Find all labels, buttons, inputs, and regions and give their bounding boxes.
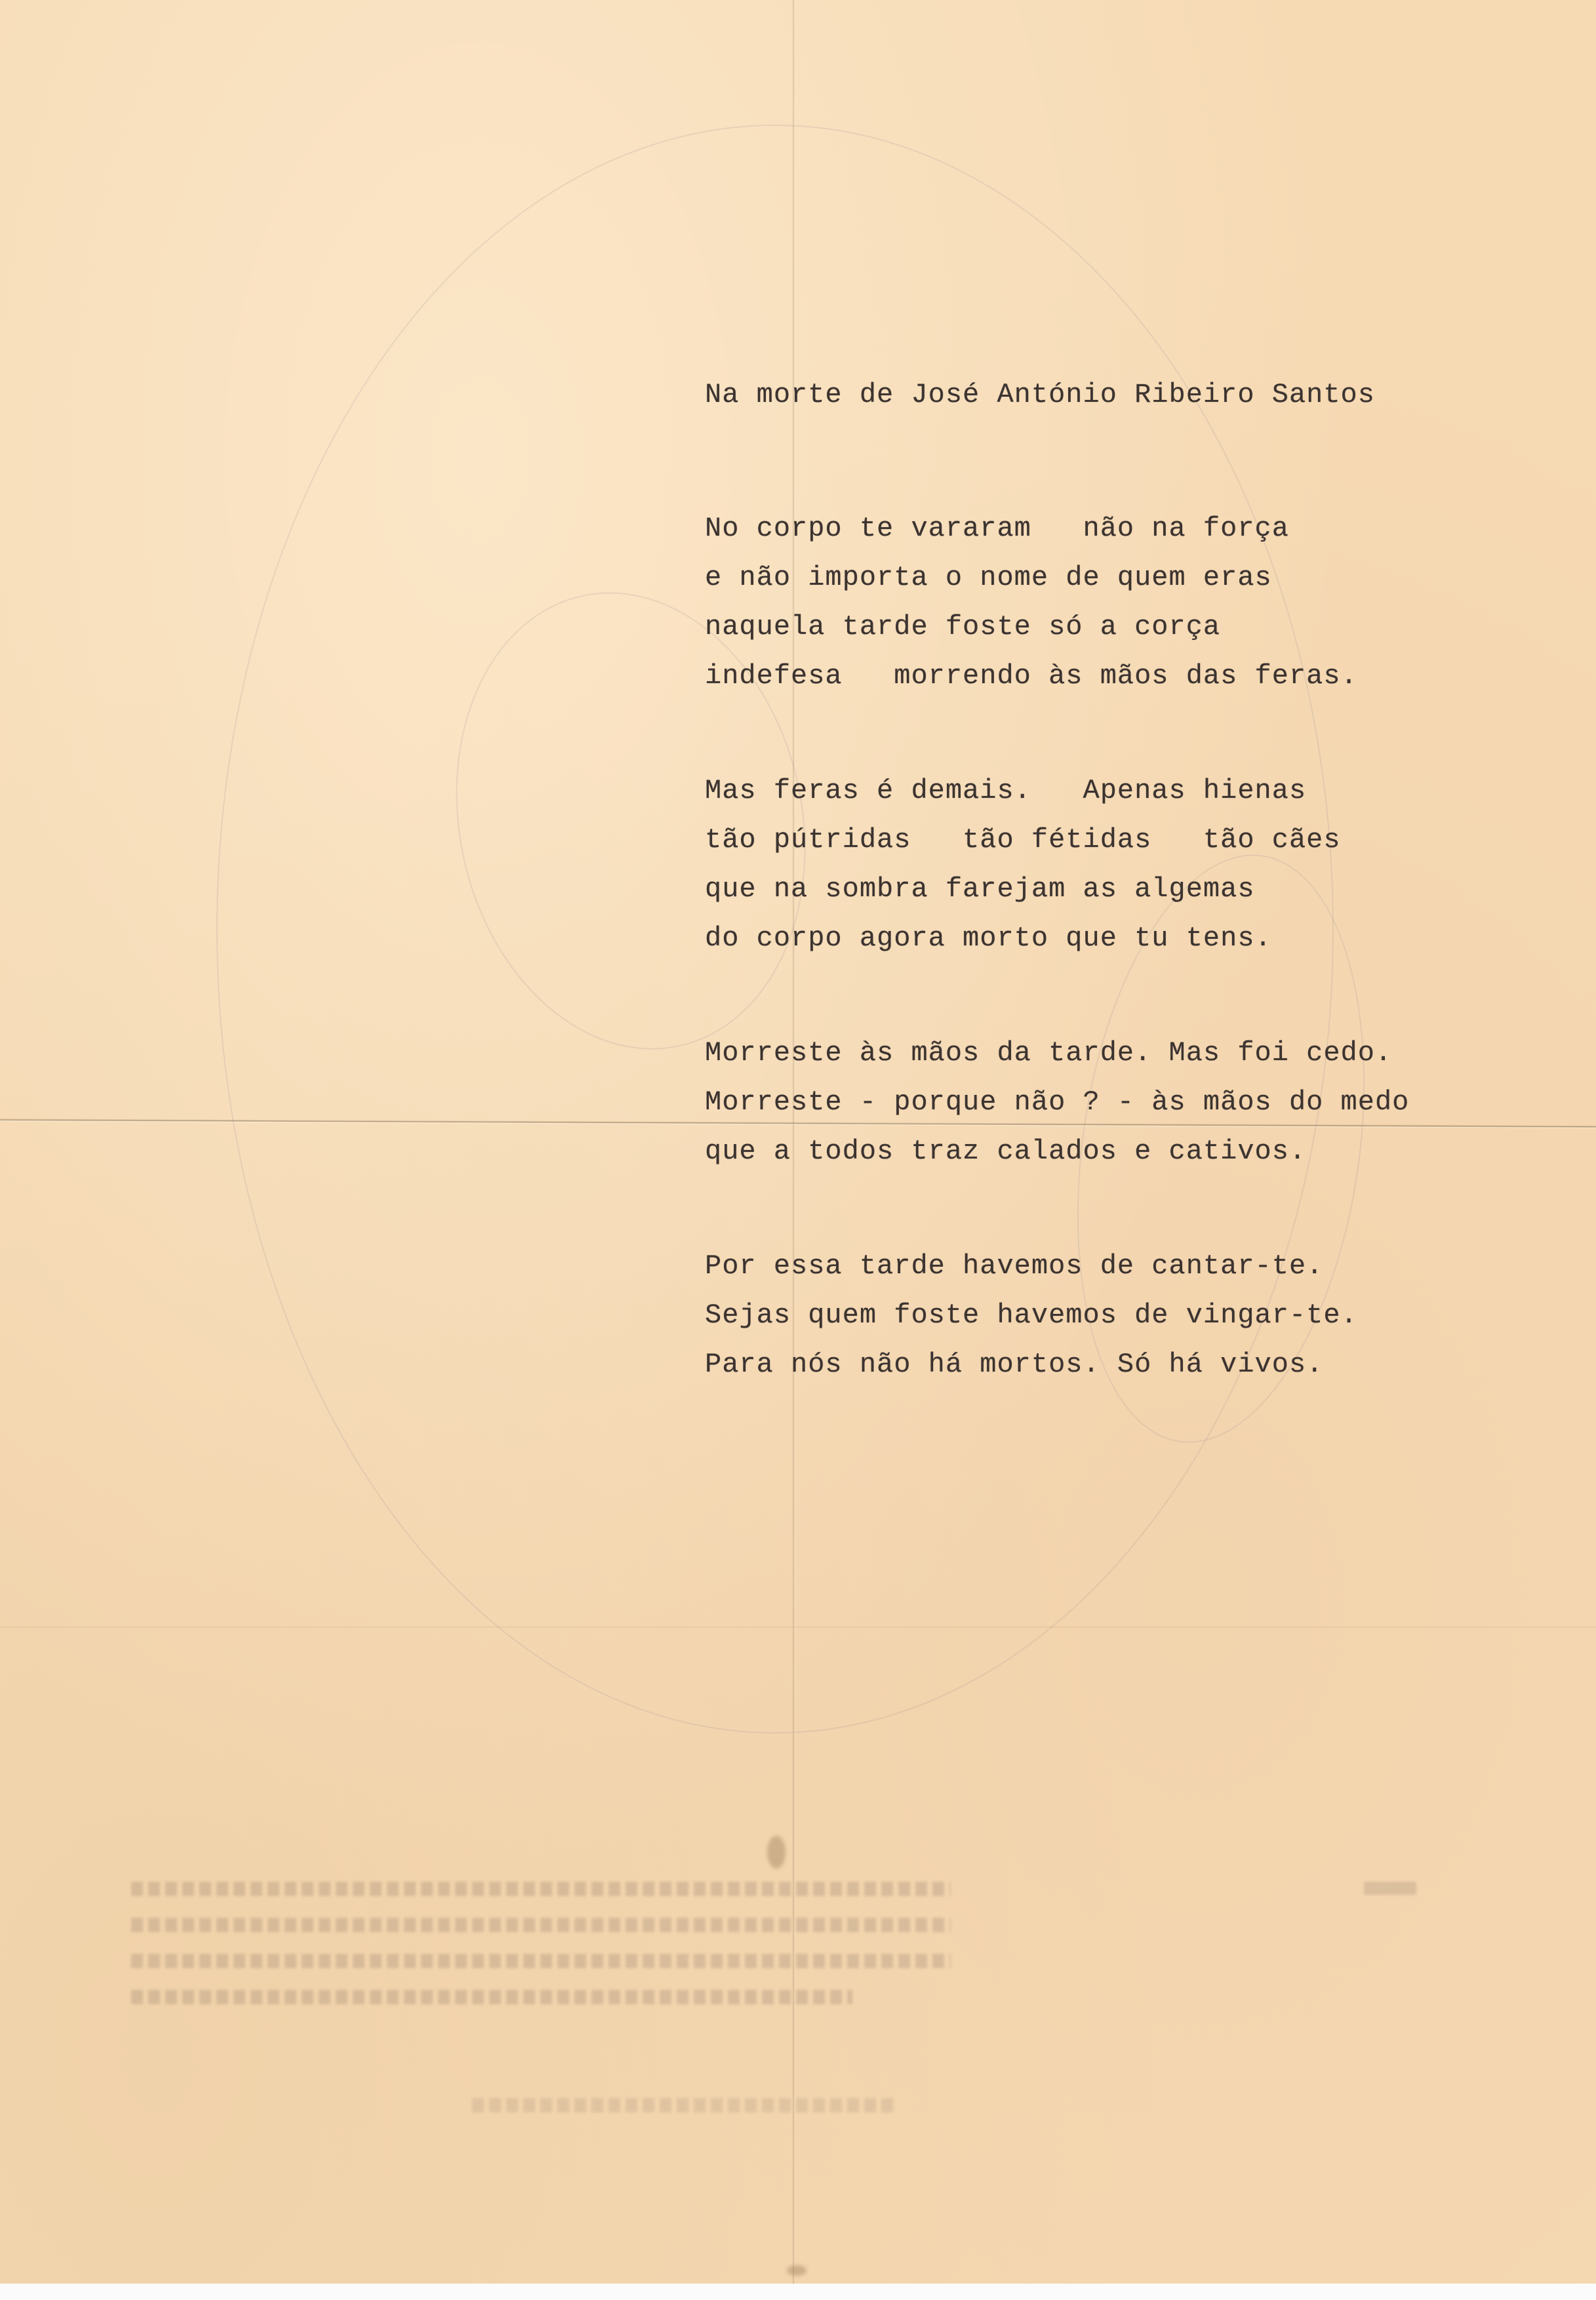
verse-line: Para nós não há mortos. Só há vivos. [705,1346,1358,1395]
paper-stain [787,2265,807,2276]
stanza-3: Morreste às mãos da tarde. Mas foi cedo.… [705,1035,1409,1182]
verse-line: do corpo agora morto que tu tens. [705,920,1341,969]
verse-line: Sejas quem foste havemos de vingar-te. [705,1297,1358,1346]
verse-line: naquela tarde foste só a corça [705,608,1358,658]
stanza-1: No corpo te vararam não na força e não i… [705,510,1358,707]
bleed-through-line [131,1990,852,2004]
bleed-through-line [131,1918,951,1932]
aged-paper-sheet: Na morte de José António Ribeiro Santos … [0,0,1596,2284]
poem-title: Na morte de José António Ribeiro Santos [705,379,1375,410]
stanza-2: Mas feras é demais. Apenas hienas tão pú… [705,772,1341,969]
paper-stain [767,1836,786,1869]
lower-fold-crease [0,1626,1596,1628]
verse-line: indefesa morrendo às mãos das feras. [705,658,1358,707]
verse-line: e não importa o nome de quem eras [705,559,1358,608]
verse-line: tão pútridas tão fétidas tão cães [705,822,1341,871]
verse-line: Morreste às mãos da tarde. Mas foi cedo. [705,1035,1409,1084]
verse-line: que a todos traz calados e cativos. [705,1133,1409,1182]
verse-line: Mas feras é demais. Apenas hienas [705,772,1341,822]
reverse-side-bleed-through-text [131,1882,984,2032]
reverse-side-bleed-through-mark [1364,1882,1416,1895]
stanza-4: Por essa tarde havemos de cantar-te. Sej… [705,1248,1358,1395]
scanned-page: Na morte de José António Ribeiro Santos … [0,0,1596,2300]
verse-line: que na sombra farejam as algemas [705,871,1341,920]
bleed-through-line [131,1954,951,1968]
verse-line: No corpo te vararam não na força [705,510,1358,559]
verse-line: Por essa tarde havemos de cantar-te. [705,1248,1358,1297]
reverse-side-bleed-through-line [472,2098,898,2112]
bleed-through-line [131,1882,951,1896]
